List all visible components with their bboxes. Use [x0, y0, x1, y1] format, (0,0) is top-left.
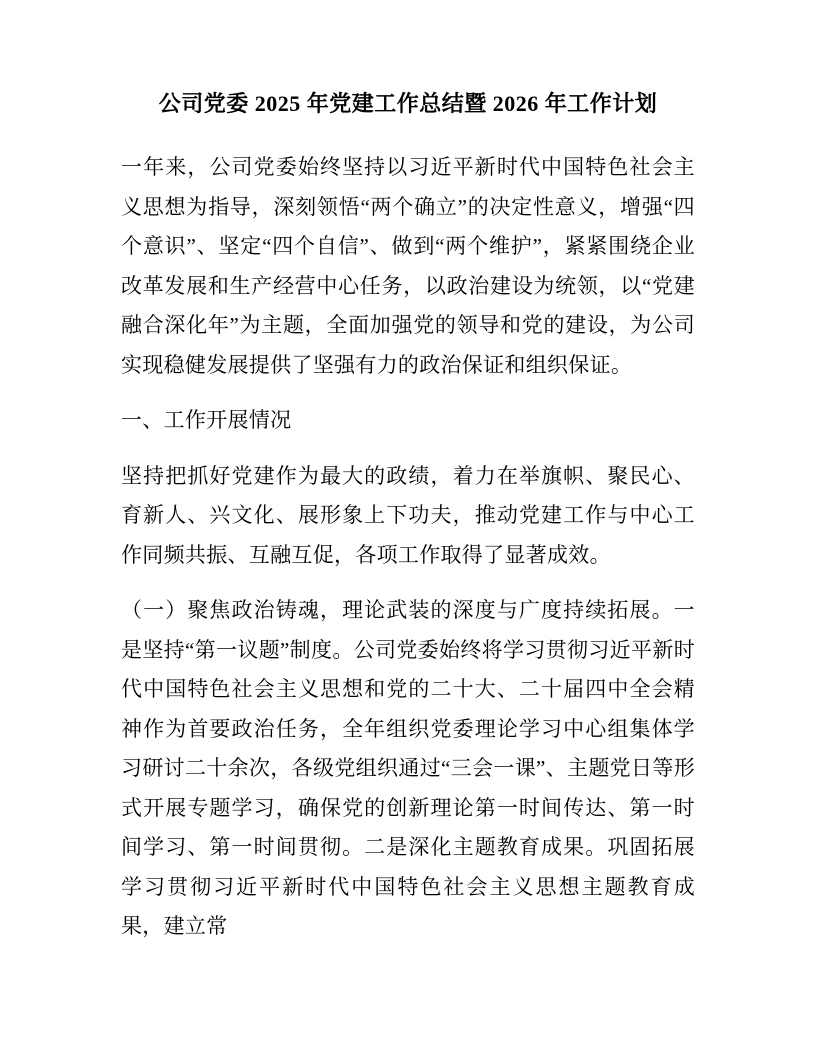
section-heading-1: 一、工作开展情况 — [121, 401, 695, 441]
document-title: 公司党委 2025 年党建工作总结暨 2026 年工作计划 — [121, 88, 695, 120]
document-page: 公司党委 2025 年党建工作总结暨 2026 年工作计划 一年来，公司党委始终… — [0, 0, 816, 1056]
paragraph-intro: 一年来，公司党委始终坚持以习近平新时代中国特色社会主义思想为指导，深刻领悟“两个… — [121, 148, 695, 385]
paragraph-subsection-1: （一）聚焦政治铸魂，理论武装的深度与广度持续拓展。一是坚持“第一议题”制度。公司… — [121, 591, 695, 947]
paragraph-overview: 坚持把抓好党建作为最大的政绩，着力在举旗帜、聚民心、育新人、兴文化、展形象上下功… — [121, 457, 695, 576]
